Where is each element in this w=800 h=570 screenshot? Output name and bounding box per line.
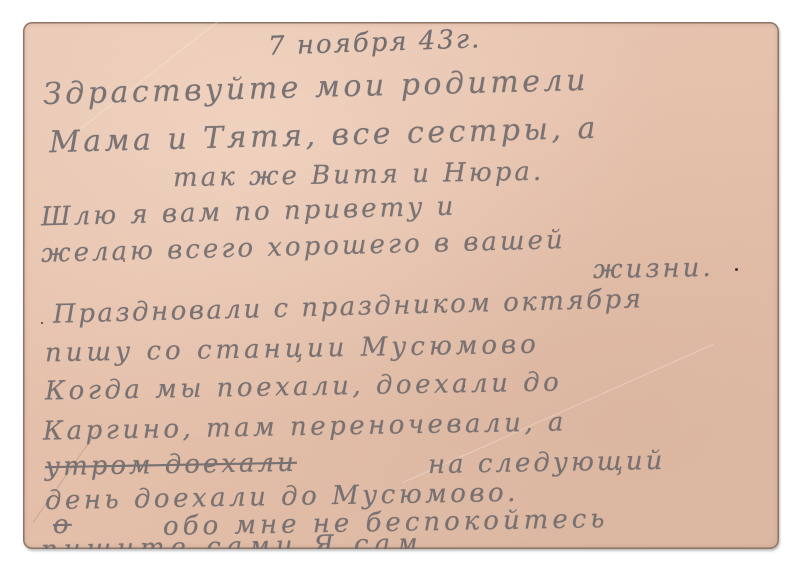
letter-line: Когда мы поехали, доехали до [45, 367, 563, 406]
letter-line: пишу со станции Мусюмово [45, 330, 540, 369]
letter-line-struck: утром доехали [45, 448, 297, 482]
letter-line: Шлю я вам по привету и [41, 192, 457, 233]
letter-line: так же Витя и Нюра. [173, 157, 545, 193]
letter-line: Мама и Тятя, все сестры, а [49, 111, 600, 160]
letter-line: жизни. [593, 253, 714, 285]
scan-background: 7 ноября 43г. Здраствуйте мои родители М… [0, 0, 800, 570]
letter-line: желаю всего хорошего в вашей [41, 225, 566, 269]
letter-line: Каргино, там переночевали, а [43, 407, 567, 446]
letter-line: Здраствуйте мои родители [43, 63, 590, 112]
postcard: 7 ноября 43г. Здраствуйте мои родители М… [23, 22, 779, 549]
paper-speck [735, 268, 738, 271]
paper-speck [41, 322, 43, 324]
letter-line: Праздновали с праздником октября [53, 284, 644, 329]
letter-line: пишите сами Я сам [41, 529, 424, 549]
letter-line: на следующий [428, 446, 666, 480]
letter-date: 7 ноября 43г. [268, 24, 482, 61]
